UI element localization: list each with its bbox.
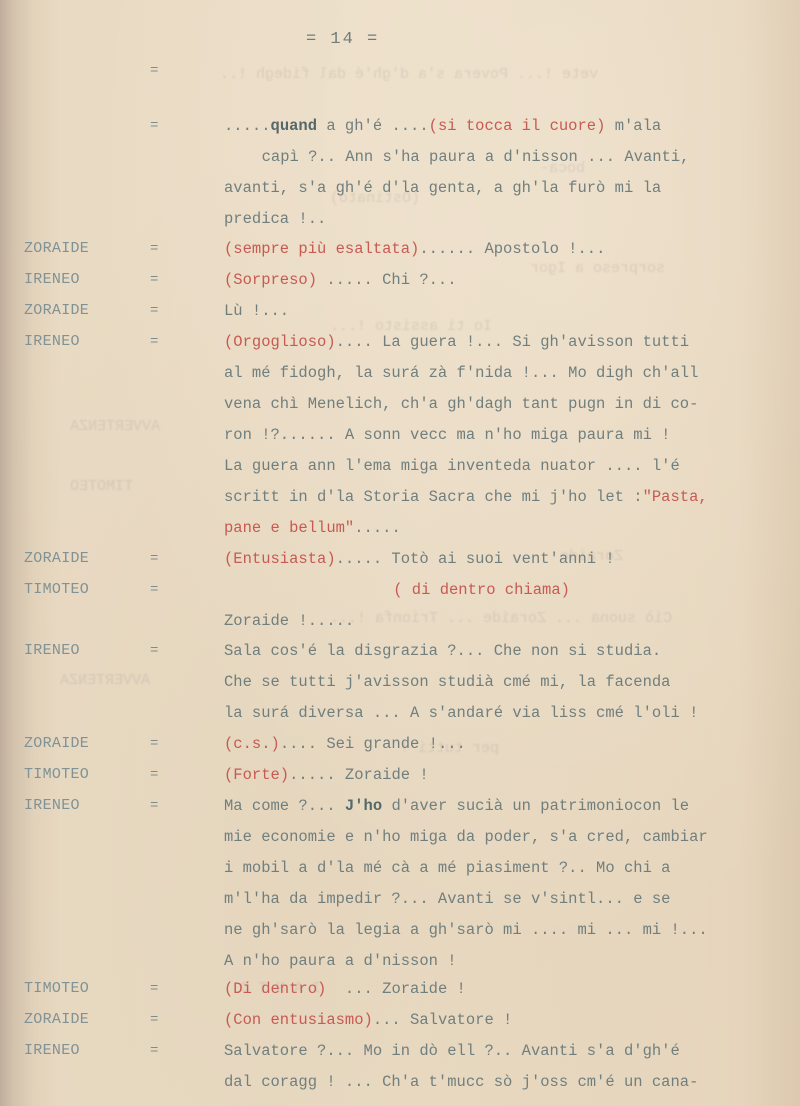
equals-separator: = — [150, 640, 158, 662]
spoken-text: A n'ho paura a d'nisson ! — [224, 952, 457, 970]
continuation-line: ron !?...... A sonn vecc ma n'ho miga pa… — [0, 424, 800, 455]
spoken-text: ... Salvatore ! — [373, 1011, 513, 1029]
speaker-name: IRENEO — [24, 269, 80, 291]
continuation-line: scritt in d'la Storia Sacra che mi j'ho … — [0, 486, 800, 517]
dialogue-line: ZORAIDE=(Entusiasta)..... Totò ai suoi v… — [0, 548, 800, 579]
equals-separator: = — [150, 548, 158, 570]
continuation-line: mie economie e n'ho miga da poder, s'a c… — [0, 826, 800, 857]
equals-separator: = — [150, 978, 158, 1000]
equals-separator: = — [150, 300, 158, 322]
spoken-text: Zoraide !..... — [224, 612, 354, 630]
line-text: la surá diversa ... A s'andaré via liss … — [224, 702, 698, 724]
continuation-line: Zoraide !..... — [0, 610, 800, 641]
stage-direction: (Di dentro) — [224, 980, 326, 998]
spoken-text: vena chì Menelich, ch'a gh'dagh tant pug… — [224, 395, 698, 413]
spoken-text: a gh'é .... — [317, 117, 429, 135]
continuation-line: dal coragg ! ... Ch'a t'mucc sò j'oss cm… — [0, 1071, 800, 1102]
equals-separator: = — [150, 115, 158, 137]
line-text: (sempre più esaltata)...... Apostolo !..… — [224, 238, 605, 260]
page-number: = 14 = — [306, 30, 379, 49]
line-text: (Orgoglioso).... La guera !... Si gh'avi… — [224, 331, 689, 353]
spoken-text: i mobil a d'la mé cà a mé piasiment ?.. … — [224, 859, 670, 877]
equals-separator: = — [150, 238, 158, 260]
line-text: al mé fidogh, la surá zà f'nida !... Mo … — [224, 362, 698, 384]
continuation-line: A n'ho paura a d'nisson ! — [0, 950, 800, 981]
spoken-text: mie economie e n'ho miga da poder, s'a c… — [224, 828, 708, 846]
spoken-text: ron !?...... A sonn vecc ma n'ho miga pa… — [224, 426, 670, 444]
spoken-text: Lù !... — [224, 302, 289, 320]
line-text: ron !?...... A sonn vecc ma n'ho miga pa… — [224, 424, 670, 446]
spoken-text: la surá diversa ... A s'andaré via liss … — [224, 704, 698, 722]
equals-separator: = — [150, 733, 158, 755]
continuation-line: =.....quand a gh'é ....(si tocca il cuor… — [0, 115, 800, 146]
spoken-text: La guera ann l'ema miga inventeda nuator… — [224, 457, 680, 475]
continuation-line: = — [0, 60, 800, 91]
stage-direction: pane e bellum" — [224, 519, 354, 537]
stage-direction: (c.s.) — [224, 735, 280, 753]
speaker-name: IRENEO — [24, 640, 80, 662]
dialogue-line: IRENEO=Sala cos'é la disgrazia ?... Che … — [0, 640, 800, 671]
spoken-text: al mé fidogh, la surá zà f'nida !... Mo … — [224, 364, 698, 382]
speaker-name: ZORAIDE — [24, 548, 89, 570]
spoken-text: d'aver sucià un patrimoniocon le — [382, 797, 689, 815]
continuation-line: Che se tutti j'avisson studià cmé mi, la… — [0, 671, 800, 702]
stage-direction: "Pasta, — [643, 488, 708, 506]
continuation-line: capì ?.. Ann s'ha paura a d'nisson ... A… — [0, 146, 800, 177]
spoken-text: ...... Apostolo !... — [419, 240, 605, 258]
line-text: A n'ho paura a d'nisson ! — [224, 950, 457, 972]
line-text: predica !.. — [224, 208, 326, 230]
line-text: (Entusiasta)..... Totò ai suoi vent'anni… — [224, 548, 615, 570]
stage-direction: (Con entusiasmo) — [224, 1011, 373, 1029]
spoken-text: .... Sei grande !... — [280, 735, 466, 753]
spoken-text: m'l'ha da impedir ?... Avanti se v'sintl… — [224, 890, 670, 908]
continuation-line: pane e bellum"..... — [0, 517, 800, 548]
spoken-text: J'ho — [345, 797, 382, 815]
line-text: .....quand a gh'é ....(si tocca il cuore… — [224, 115, 661, 137]
speaker-name: ZORAIDE — [24, 1009, 89, 1031]
line-text: dal coragg ! ... Ch'a t'mucc sò j'oss cm… — [224, 1071, 698, 1093]
continuation-line: vena chì Menelich, ch'a gh'dagh tant pug… — [0, 393, 800, 424]
spoken-text: Che se tutti j'avisson studià cmé mi, la… — [224, 673, 670, 691]
line-text: La guera ann l'ema miga inventeda nuator… — [224, 455, 680, 477]
dialogue-line: ZORAIDE=Lù !... — [0, 300, 800, 331]
line-text: m'l'ha da impedir ?... Avanti se v'sintl… — [224, 888, 670, 910]
stage-direction: (Forte) — [224, 766, 289, 784]
spoken-text: ..... Zoraide ! — [289, 766, 429, 784]
line-text: Sala cos'é la disgrazia ?... Che non si … — [224, 640, 661, 662]
speaker-name: IRENEO — [24, 1040, 80, 1062]
equals-separator: = — [150, 331, 158, 353]
spoken-text: predica !.. — [224, 210, 326, 228]
spoken-text: quand — [271, 117, 318, 135]
spoken-text: avanti, s'a gh'é d'la genta, a gh'la fur… — [224, 179, 661, 197]
continuation-line: predica !.. — [0, 208, 800, 239]
dialogue-line: TIMOTEO=(Di dentro) ... Zoraide ! — [0, 978, 800, 1009]
line-text: capì ?.. Ann s'ha paura a d'nisson ... A… — [262, 146, 690, 168]
spoken-text: Ma come ?... — [224, 797, 345, 815]
line-text: Ma come ?... J'ho d'aver sucià un patrim… — [224, 795, 689, 817]
spoken-text: Sala cos'é la disgrazia ?... Che non si … — [224, 642, 661, 660]
line-text: ne gh'sarò la legia a gh'sarò mi .... mi… — [224, 919, 708, 941]
equals-separator: = — [150, 1040, 158, 1062]
line-text: Zoraide !..... — [224, 610, 354, 632]
spoken-text: ..... Chi ?... — [317, 271, 457, 289]
line-text: i mobil a d'la mé cà a mé piasiment ?.. … — [224, 857, 670, 879]
equals-separator: = — [150, 1009, 158, 1031]
continuation-line: i mobil a d'la mé cà a mé piasiment ?.. … — [0, 857, 800, 888]
spoken-text: capì ?.. Ann s'ha paura a d'nisson ... A… — [262, 148, 690, 166]
line-text: (Di dentro) ... Zoraide ! — [224, 978, 466, 1000]
spoken-text: Salvatore ?... Mo in dò ell ?.. Avanti s… — [224, 1042, 680, 1060]
continuation-line: la surá diversa ... A s'andaré via liss … — [0, 702, 800, 733]
speaker-name: ZORAIDE — [24, 733, 89, 755]
equals-separator: = — [150, 269, 158, 291]
spoken-text: .... La guera !... Si gh'avisson tutti — [336, 333, 689, 351]
line-text: Salvatore ?... Mo in dò ell ?.. Avanti s… — [224, 1040, 680, 1062]
line-text: (Forte)..... Zoraide ! — [224, 764, 429, 786]
stage-direction: (si tocca il cuore) — [429, 117, 606, 135]
line-text: Che se tutti j'avisson studià cmé mi, la… — [224, 671, 670, 693]
stage-direction: ( di dentro chiama) — [393, 581, 570, 599]
spoken-text: m'ala — [605, 117, 661, 135]
speaker-name: TIMOTEO — [24, 764, 89, 786]
stage-direction: (sempre più esaltata) — [224, 240, 419, 258]
continuation-line: La guera ann l'ema miga inventeda nuator… — [0, 455, 800, 486]
dialogue-line: IRENEO=(Sorpreso) ..... Chi ?... — [0, 269, 800, 300]
speaker-name: TIMOTEO — [24, 978, 89, 1000]
spoken-text: ... Zoraide ! — [326, 980, 466, 998]
line-text: Lù !... — [224, 300, 289, 322]
continuation-line: al mé fidogh, la surá zà f'nida !... Mo … — [0, 362, 800, 393]
stage-direction: (Orgoglioso) — [224, 333, 336, 351]
stage-direction: (Sorpreso) — [224, 271, 317, 289]
speaker-name: ZORAIDE — [24, 300, 89, 322]
continuation-line: ne gh'sarò la legia a gh'sarò mi .... mi… — [0, 919, 800, 950]
dialogue-line: ZORAIDE=(sempre più esaltata)...... Apos… — [0, 238, 800, 269]
speaker-name: TIMOTEO — [24, 579, 89, 601]
equals-separator: = — [150, 764, 158, 786]
typewritten-script-page: vete !... Povera s'a d'gh'é dal fidegh !… — [0, 0, 800, 1106]
stage-direction: (Entusiasta) — [224, 550, 336, 568]
equals-separator: = — [150, 795, 158, 817]
dialogue-line: ZORAIDE=(Con entusiasmo)... Salvatore ! — [0, 1009, 800, 1040]
spoken-text: ..... — [354, 519, 401, 537]
spoken-text: scritt in d'la Storia Sacra che mi j'ho … — [224, 488, 643, 506]
speaker-name: IRENEO — [24, 331, 80, 353]
line-text: mie economie e n'ho miga da poder, s'a c… — [224, 826, 708, 848]
speaker-name: ZORAIDE — [24, 238, 89, 260]
dialogue-line: IRENEO=Salvatore ?... Mo in dò ell ?.. A… — [0, 1040, 800, 1071]
line-text: ( di dentro chiama) — [393, 579, 570, 601]
spoken-text: dal coragg ! ... Ch'a t'mucc sò j'oss cm… — [224, 1073, 698, 1091]
dialogue-line: IRENEO=(Orgoglioso).... La guera !... Si… — [0, 331, 800, 362]
dialogue-line: TIMOTEO=( di dentro chiama) — [0, 579, 800, 610]
continuation-line: avanti, s'a gh'é d'la genta, a gh'la fur… — [0, 177, 800, 208]
dialogue-line: IRENEO=Ma come ?... J'ho d'aver sucià un… — [0, 795, 800, 826]
continuation-line: m'l'ha da impedir ?... Avanti se v'sintl… — [0, 888, 800, 919]
line-text: (Sorpreso) ..... Chi ?... — [224, 269, 457, 291]
dialogue-line: TIMOTEO=(Forte)..... Zoraide ! — [0, 764, 800, 795]
equals-separator: = — [150, 579, 158, 601]
spoken-text: ..... Totò ai suoi vent'anni ! — [336, 550, 615, 568]
speaker-name: IRENEO — [24, 795, 80, 817]
line-text: pane e bellum"..... — [224, 517, 401, 539]
equals-separator: = — [150, 60, 158, 82]
line-text: avanti, s'a gh'é d'la genta, a gh'la fur… — [224, 177, 661, 199]
spoken-text: ne gh'sarò la legia a gh'sarò mi .... mi… — [224, 921, 708, 939]
line-text: scritt in d'la Storia Sacra che mi j'ho … — [224, 486, 708, 508]
line-text: vena chì Menelich, ch'a gh'dagh tant pug… — [224, 393, 698, 415]
line-text: (Con entusiasmo)... Salvatore ! — [224, 1009, 512, 1031]
line-text: (c.s.).... Sei grande !... — [224, 733, 466, 755]
dialogue-line: ZORAIDE=(c.s.).... Sei grande !... — [0, 733, 800, 764]
spoken-text: ..... — [224, 117, 271, 135]
